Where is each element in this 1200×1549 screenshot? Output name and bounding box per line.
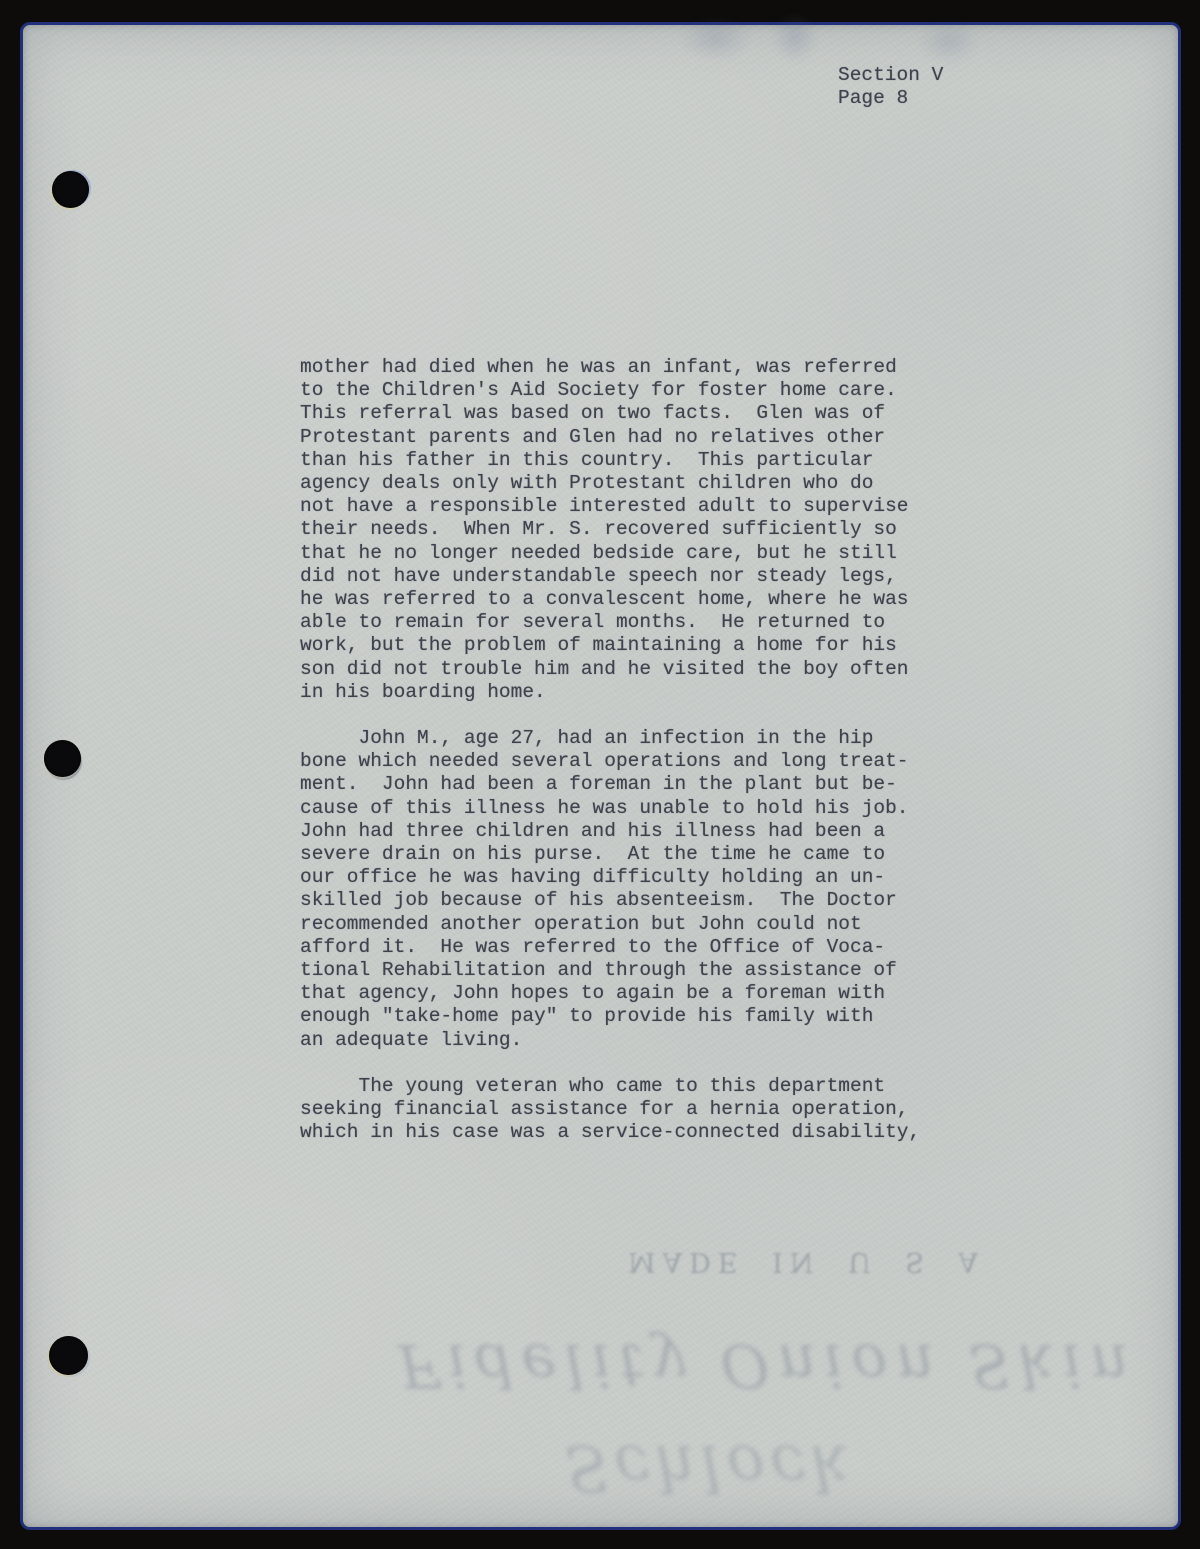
hole-punch-bottom (49, 1336, 88, 1375)
paragraph-john-m-case: John M., age 27, had an infection in the… (300, 727, 920, 1052)
paragraph-young-veteran-case: The young veteran who came to this depar… (300, 1075, 920, 1145)
hole-punch-top (52, 171, 89, 208)
paragraph-continuation-glen-case: mother had died when he was an infant, w… (300, 356, 920, 704)
hole-punch-middle (44, 740, 81, 777)
document-body: mother had died when he was an infant, w… (300, 356, 920, 1168)
page-header: Section V Page 8 (838, 64, 943, 110)
scanned-document: Section V Page 8 mother had died when he… (0, 0, 1200, 1549)
